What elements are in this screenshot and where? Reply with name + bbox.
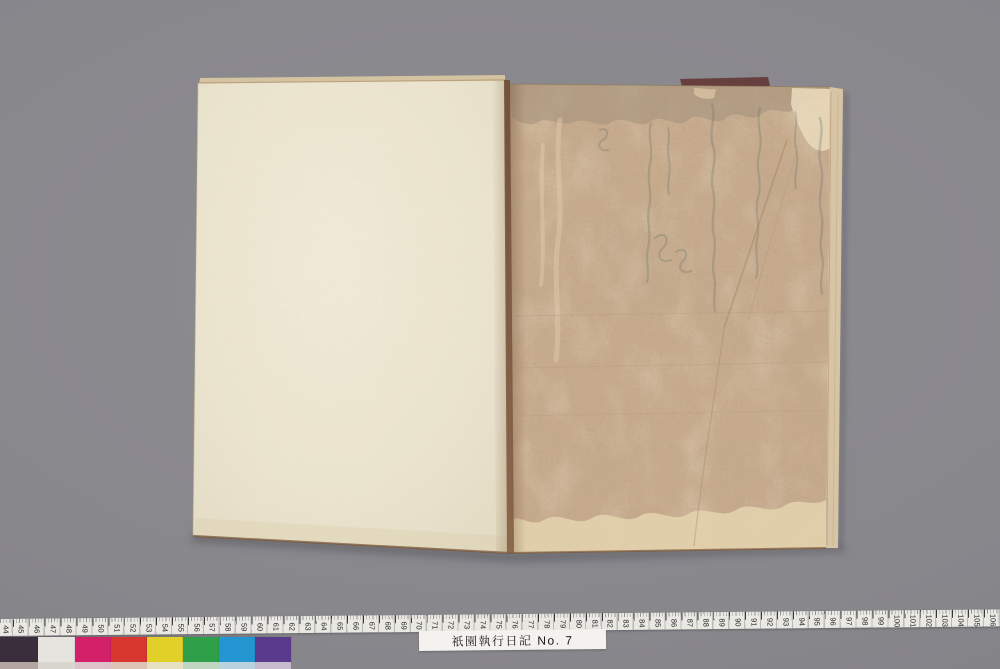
color-patch-pastel-purple — [255, 662, 291, 669]
ruler-number: 100 — [891, 615, 902, 627]
color-patch-white — [38, 637, 75, 662]
color-patch-pastel-cyan — [219, 662, 255, 669]
ruler-number: 73 — [462, 619, 473, 631]
ruler-number: 53 — [143, 622, 154, 634]
color-patch-magenta — [75, 637, 111, 662]
left-page — [190, 75, 515, 560]
ruler-number: 86 — [669, 617, 680, 629]
ruler-number: 48 — [64, 623, 75, 635]
ruler-number: 67 — [366, 620, 377, 632]
ruler-number: 106 — [987, 614, 998, 626]
caption-text: 祇園執行日記 No. 7 — [451, 631, 573, 649]
color-patch-purple — [255, 637, 291, 662]
ruler-number: 70 — [414, 619, 425, 631]
manuscript-book — [0, 0, 1000, 669]
ruler-number: 46 — [32, 623, 43, 635]
ruler-number: 68 — [382, 620, 393, 632]
ruler-number: 50 — [95, 622, 106, 634]
color-patch-pastel-red — [111, 662, 147, 669]
ruler-number: 104 — [955, 614, 966, 626]
ruler-number: 82 — [605, 618, 616, 630]
ruler-number: 105 — [971, 614, 982, 626]
ruler-number: 88 — [700, 617, 711, 629]
ruler-number: 80 — [573, 618, 584, 630]
ruler-number: 99 — [876, 615, 887, 627]
ruler-number: 76 — [509, 618, 520, 630]
ruler-number: 66 — [350, 620, 361, 632]
ruler-number: 69 — [398, 620, 409, 632]
ruler-number: 60 — [255, 621, 266, 633]
color-patch-red — [111, 637, 147, 662]
color-patch-green — [183, 637, 219, 662]
ruler-number: 81 — [589, 618, 600, 630]
ruler-number: 45 — [16, 623, 27, 635]
ruler-number: 85 — [653, 617, 664, 629]
ruler-number: 96 — [828, 615, 839, 627]
ruler-number: 84 — [637, 617, 648, 629]
caption-label: 祇園執行日記 No. 7 — [419, 629, 606, 651]
ruler-number: 57 — [207, 621, 218, 633]
ruler-number: 65 — [334, 620, 345, 632]
color-patch-pastel-green — [183, 662, 219, 669]
ruler-number: 95 — [812, 616, 823, 628]
color-patch-cyan — [219, 637, 255, 662]
color-patch-pastel-magenta — [75, 662, 111, 669]
ruler-number: 79 — [557, 618, 568, 630]
color-patch-yellow — [147, 637, 183, 662]
ruler-number: 91 — [748, 616, 759, 628]
ruler-number: 74 — [478, 619, 489, 631]
ruler-number: 83 — [621, 617, 632, 629]
ruler-number: 59 — [239, 621, 250, 633]
ruler-number: 58 — [223, 621, 234, 633]
ruler-number: 93 — [780, 616, 791, 628]
color-patch-pastel-white — [38, 662, 75, 669]
color-scale — [0, 637, 295, 669]
ruler-number: 63 — [302, 620, 313, 632]
ruler-number: 72 — [446, 619, 457, 631]
ruler-number: 61 — [271, 621, 282, 633]
ruler-number: 98 — [860, 615, 871, 627]
ruler-number: 75 — [493, 619, 504, 631]
ruler-number: 102 — [923, 615, 934, 627]
ruler-number: 52 — [127, 622, 138, 634]
ruler-number: 49 — [80, 623, 91, 635]
ruler-number: 94 — [796, 616, 807, 628]
right-page — [500, 75, 845, 560]
ruler-number: 101 — [907, 615, 918, 627]
ruler-number: 47 — [48, 623, 59, 635]
ruler-number: 56 — [191, 622, 202, 634]
ruler-number: 54 — [159, 622, 170, 634]
photo-stage: 4445464748495051525354555657585960616263… — [0, 0, 1000, 669]
ruler-number: 89 — [716, 616, 727, 628]
ruler-number: 51 — [111, 622, 122, 634]
ruler-number: 92 — [764, 616, 775, 628]
color-patch-pastel-yellow — [147, 662, 183, 669]
ruler-number: 78 — [541, 618, 552, 630]
ruler-number: 97 — [844, 615, 855, 627]
ruler-number: 64 — [318, 620, 329, 632]
ruler-number: 77 — [525, 618, 536, 630]
color-patch-pastel-black — [0, 662, 38, 669]
ruler-number: 62 — [286, 621, 297, 633]
ruler-number: 103 — [939, 614, 950, 626]
color-patch-black — [0, 637, 38, 662]
ruler-number: 44 — [0, 623, 11, 635]
ruler-number: 90 — [732, 616, 743, 628]
ruler-number: 55 — [175, 622, 186, 634]
ruler-number: 87 — [684, 617, 695, 629]
ruler-number: 71 — [430, 619, 441, 631]
